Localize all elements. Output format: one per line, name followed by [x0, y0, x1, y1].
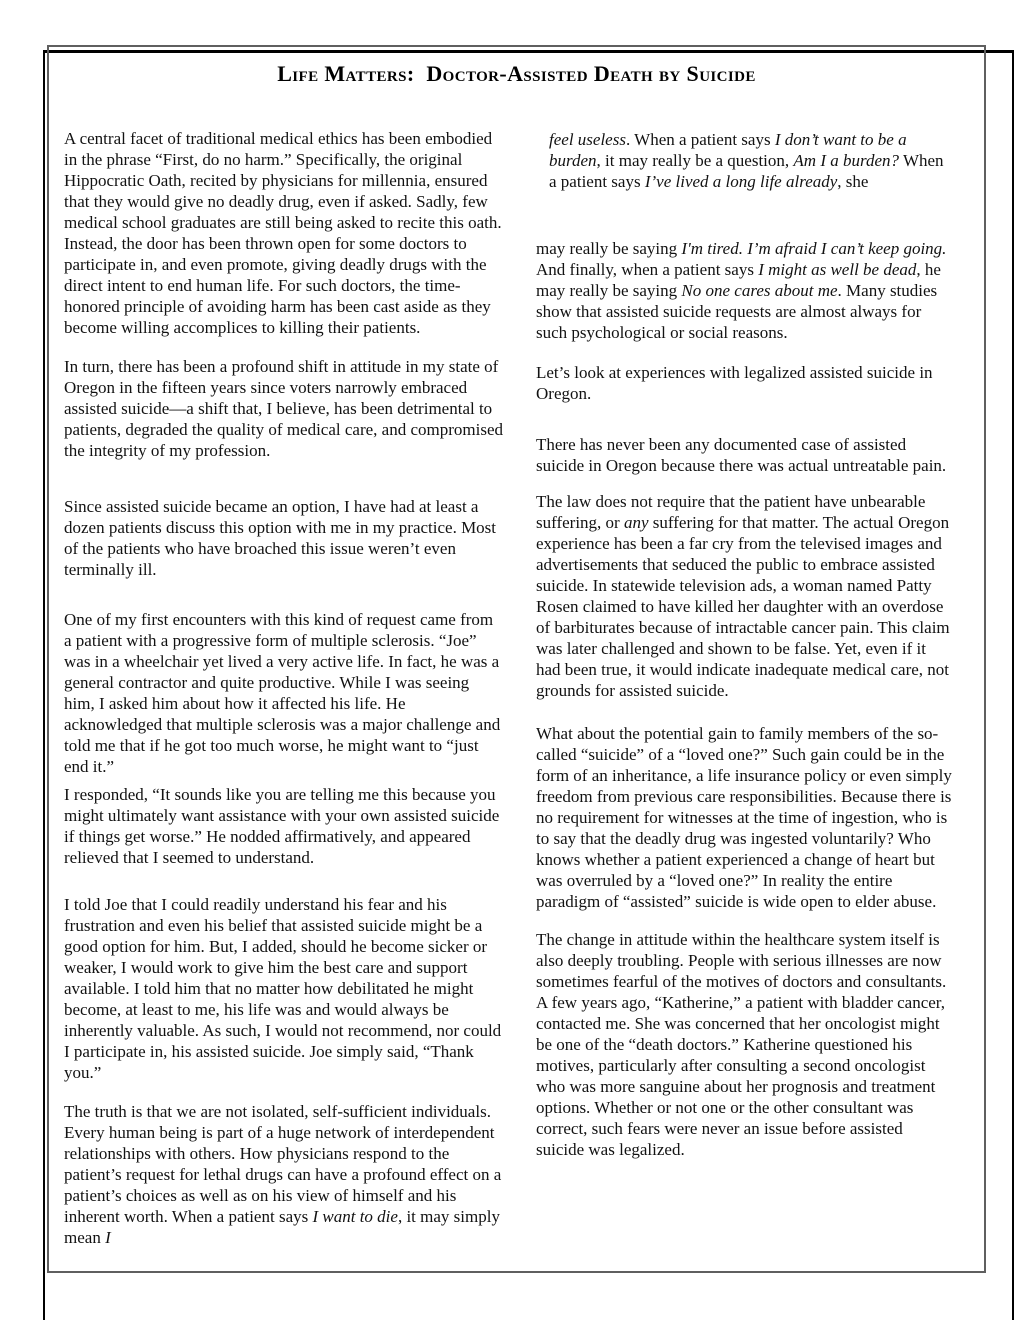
paragraph: feel useless. When a patient says I don’…	[549, 129, 954, 192]
paragraph: What about the potential gain to family …	[536, 723, 954, 912]
paragraph: I told Joe that I could readily understa…	[64, 894, 504, 1083]
paragraph: may really be saying I'm tired. I’m afra…	[536, 238, 954, 343]
paragraph: One of my first encounters with this kin…	[64, 609, 504, 777]
paragraph: In turn, there has been a profound shift…	[64, 356, 504, 461]
paragraph: I responded, “It sounds like you are tel…	[64, 784, 504, 868]
right-column: feel useless. When a patient says I don’…	[536, 129, 954, 1160]
document-page: Life Matters: Doctor-Assisted Death by S…	[0, 0, 1020, 1320]
paragraph: The law does not require that the patien…	[536, 491, 954, 701]
paragraph: The truth is that we are not isolated, s…	[64, 1101, 504, 1248]
paragraph: Since assisted suicide became an option,…	[64, 496, 504, 580]
left-column: A central facet of traditional medical e…	[64, 128, 504, 1248]
paragraph: A central facet of traditional medical e…	[64, 128, 504, 338]
paragraph: The change in attitude within the health…	[536, 929, 954, 1160]
document-title: Life Matters: Doctor-Assisted Death by S…	[47, 60, 986, 87]
paragraph: Let’s look at experiences with legalized…	[536, 362, 954, 404]
paragraph: There has never been any documented case…	[536, 434, 954, 476]
